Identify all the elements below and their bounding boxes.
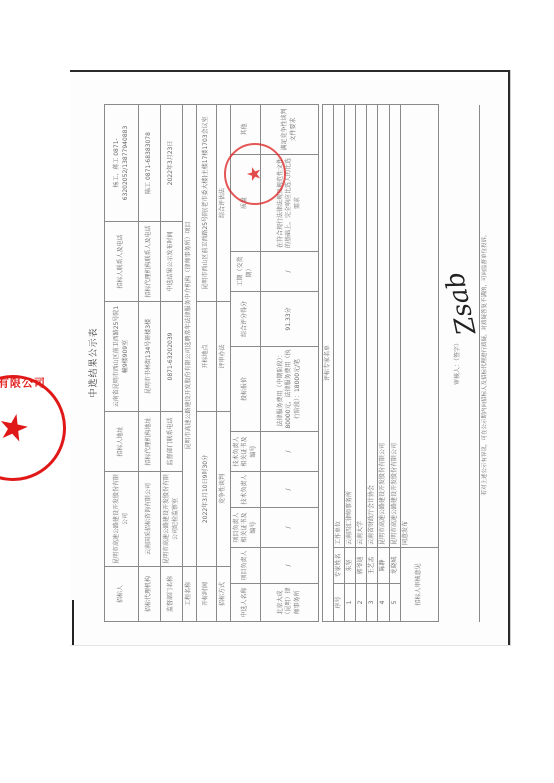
table-cell: /: [261, 432, 319, 472]
label-cell: 评审办法: [217, 302, 231, 412]
company-stamp: ★: [224, 143, 286, 205]
value-cell: 0871-63202039: [161, 302, 183, 412]
review-note: 同意发布: [400, 105, 438, 548]
table-cell: 陈静: [378, 548, 389, 584]
label-cell: 中选结果公示发布时间: [161, 222, 183, 302]
label-cell: 招标代理机构地址: [139, 412, 161, 472]
table-row: 招标人 昆明市高速公路建设开发股份有限公司 招标人地址 云南省昆明市西山区前卫西…: [105, 105, 139, 622]
table-cell: 龙晓城: [389, 548, 400, 584]
column-header: 项目负责人相关证书及编号: [231, 508, 261, 548]
column-header: 投标报价: [231, 347, 261, 432]
document-title: 中选结果公示表: [88, 90, 100, 635]
column-header: 专家姓名: [334, 548, 345, 584]
open-place: 昆明市西山区前卫西路25号院(老市委大楼)主楼17楼1703会议室: [197, 105, 217, 302]
table-row: 2 郭爷迪 云南大学: [356, 105, 367, 622]
table-row: 4 陈静 昆明市高速公路建设开发股份有限公司: [378, 105, 389, 622]
column-header: 项目负责人: [231, 548, 261, 584]
value-cell: 陈工 0871-68383078: [139, 105, 161, 222]
table-row: 1 朱坚 云南四汇律师事务所: [345, 105, 356, 622]
method: 竞争性谈判: [217, 412, 231, 567]
table-row: 开标时间 2022年3月10日9时30分 开标地点 昆明市西山区前卫西路25号院…: [197, 105, 217, 622]
table-row: 5 龙晓城 昆明市高速公路建设开发股份有限公司: [389, 105, 400, 622]
open-time: 2022年3月10日9时30分: [197, 412, 217, 567]
value-cell: 2022年3月23日: [161, 105, 183, 222]
column-header: 中选人名称: [231, 584, 261, 622]
info-table: 招标人 昆明市高速公路建设开发股份有限公司 招标人地址 云南省昆明市西山区前卫西…: [104, 104, 231, 622]
score: 91.33分: [261, 292, 319, 347]
label-cell: 开标时间: [197, 567, 217, 622]
table-cell: 1: [345, 584, 356, 622]
column-header: 工作单位: [334, 105, 345, 548]
table-row: 监督部门名称 昆明市高速公路建设开发股份有限公司纪检监察室 监督部门联系电话 0…: [161, 105, 183, 622]
table-cell: 朱坚: [345, 548, 356, 584]
table-row: 招标代理机构 云南国采招标咨询有限公司 招标代理机构地址 昆明市书林街134号研…: [139, 105, 161, 622]
rotated-document: 中选结果公示表 招标人 昆明市高速公路建设开发股份有限公司 招标人地址 云南省昆…: [84, 90, 499, 635]
table-cell: 昆明市高速公路建设开发股份有限公司: [378, 105, 389, 548]
experts-table: 评标专家名单 序号 专家姓名 工作单位 1 朱坚 云南四汇律师事务所 2 郭爷迪…: [322, 104, 439, 622]
column-header: 技术负责人: [231, 472, 261, 508]
label-cell: 开标地点: [197, 302, 217, 412]
table-cell: /: [261, 472, 319, 508]
table-cell: 云南大学: [356, 105, 367, 548]
value-cell: 云南省昆明市西山区前卫西路25号院1幢9楼909室: [105, 302, 139, 412]
label-cell: 监督部门联系电话: [161, 412, 183, 472]
table-cell: 2: [356, 584, 367, 622]
eval-method: 综合评估法: [217, 105, 231, 302]
table-row: 3 王艺孟 云南省财政厅会计协会: [367, 105, 378, 622]
experts-title: 评标专家名单: [323, 105, 334, 622]
table-cell: /: [261, 252, 319, 292]
value-cell: 昆明市高速公路建设开发股份有限公司纪检监察室: [161, 472, 183, 567]
table-cell: 3: [367, 584, 378, 622]
table-cell: /: [261, 508, 319, 548]
column-header: 综合评分得分: [231, 292, 261, 347]
table-row: 序号 专家姓名 工作单位: [334, 105, 345, 622]
value-cell: 杨工、蒋工 0871-63202052/13877940883: [105, 105, 139, 222]
column-header: 技术负责人相关证书及编号: [231, 432, 261, 472]
table-row: 评标专家名单: [323, 105, 334, 622]
label-cell: 工程名称: [183, 567, 197, 622]
footer-note: 若对上述公示有异议，可在公示期内向招标人及招标代理进行质疑，对质疑答复不满的，可…: [479, 105, 489, 622]
winner-name: 北京大成（昆明）律师事务所: [261, 584, 319, 622]
table-cell: /: [261, 548, 319, 584]
table-cell: 昆明市高速公路建设开发股份有限公司: [389, 105, 400, 548]
label-cell: 招标人联系人及电话: [105, 222, 139, 302]
reviewer-label: 审核人：（签字）: [454, 340, 462, 385]
label-cell: 招标代理机构: [139, 567, 161, 622]
table-cell: 云南四汇律师事务所: [345, 105, 356, 548]
value-cell: 云南国采招标咨询有限公司: [139, 472, 161, 567]
label-cell: 招标人: [105, 567, 139, 622]
bid-price: 法律服务费用（中期阶段）：80000元，法律服务费用（执行阶段）：18000元/…: [261, 347, 319, 432]
label-cell: 招标人审核意见: [400, 548, 438, 622]
column-header: 序号: [334, 584, 345, 622]
star-icon: ★: [243, 166, 267, 182]
value-cell: 昆明市书林街134号研楼3楼: [139, 302, 161, 412]
scan-edge: [72, 600, 74, 645]
table-cell: 4: [378, 584, 389, 622]
label-cell: 监督部门名称: [161, 567, 183, 622]
column-header: 工期（交货期）: [231, 252, 261, 292]
table-cell: 云南省财政厅会计协会: [367, 105, 378, 548]
star-icon: ★: [0, 404, 39, 452]
table-row: 工程名称 昆明市高速公路建设开发股份有限公司选聘常年法律服务中介机构（律师事务所…: [183, 105, 197, 622]
project-name: 昆明市高速公路建设开发股份有限公司选聘常年法律服务中介机构（律师事务所）项目: [183, 105, 197, 567]
label-cell: 招标方式: [217, 567, 231, 622]
table-cell: 王艺孟: [367, 548, 378, 584]
table-cell: 5: [389, 584, 400, 622]
value-cell: 昆明市高速公路建设开发股份有限公司: [105, 472, 139, 567]
label-cell: 招标人地址: [105, 412, 139, 472]
table-cell: 郭爷迪: [356, 548, 367, 584]
table-row: 招标人审核意见 同意发布: [400, 105, 438, 622]
stamp-text: 招标咨询有限公司: [0, 374, 46, 390]
label-cell: 招标代理机构联系人及电话: [139, 222, 161, 302]
